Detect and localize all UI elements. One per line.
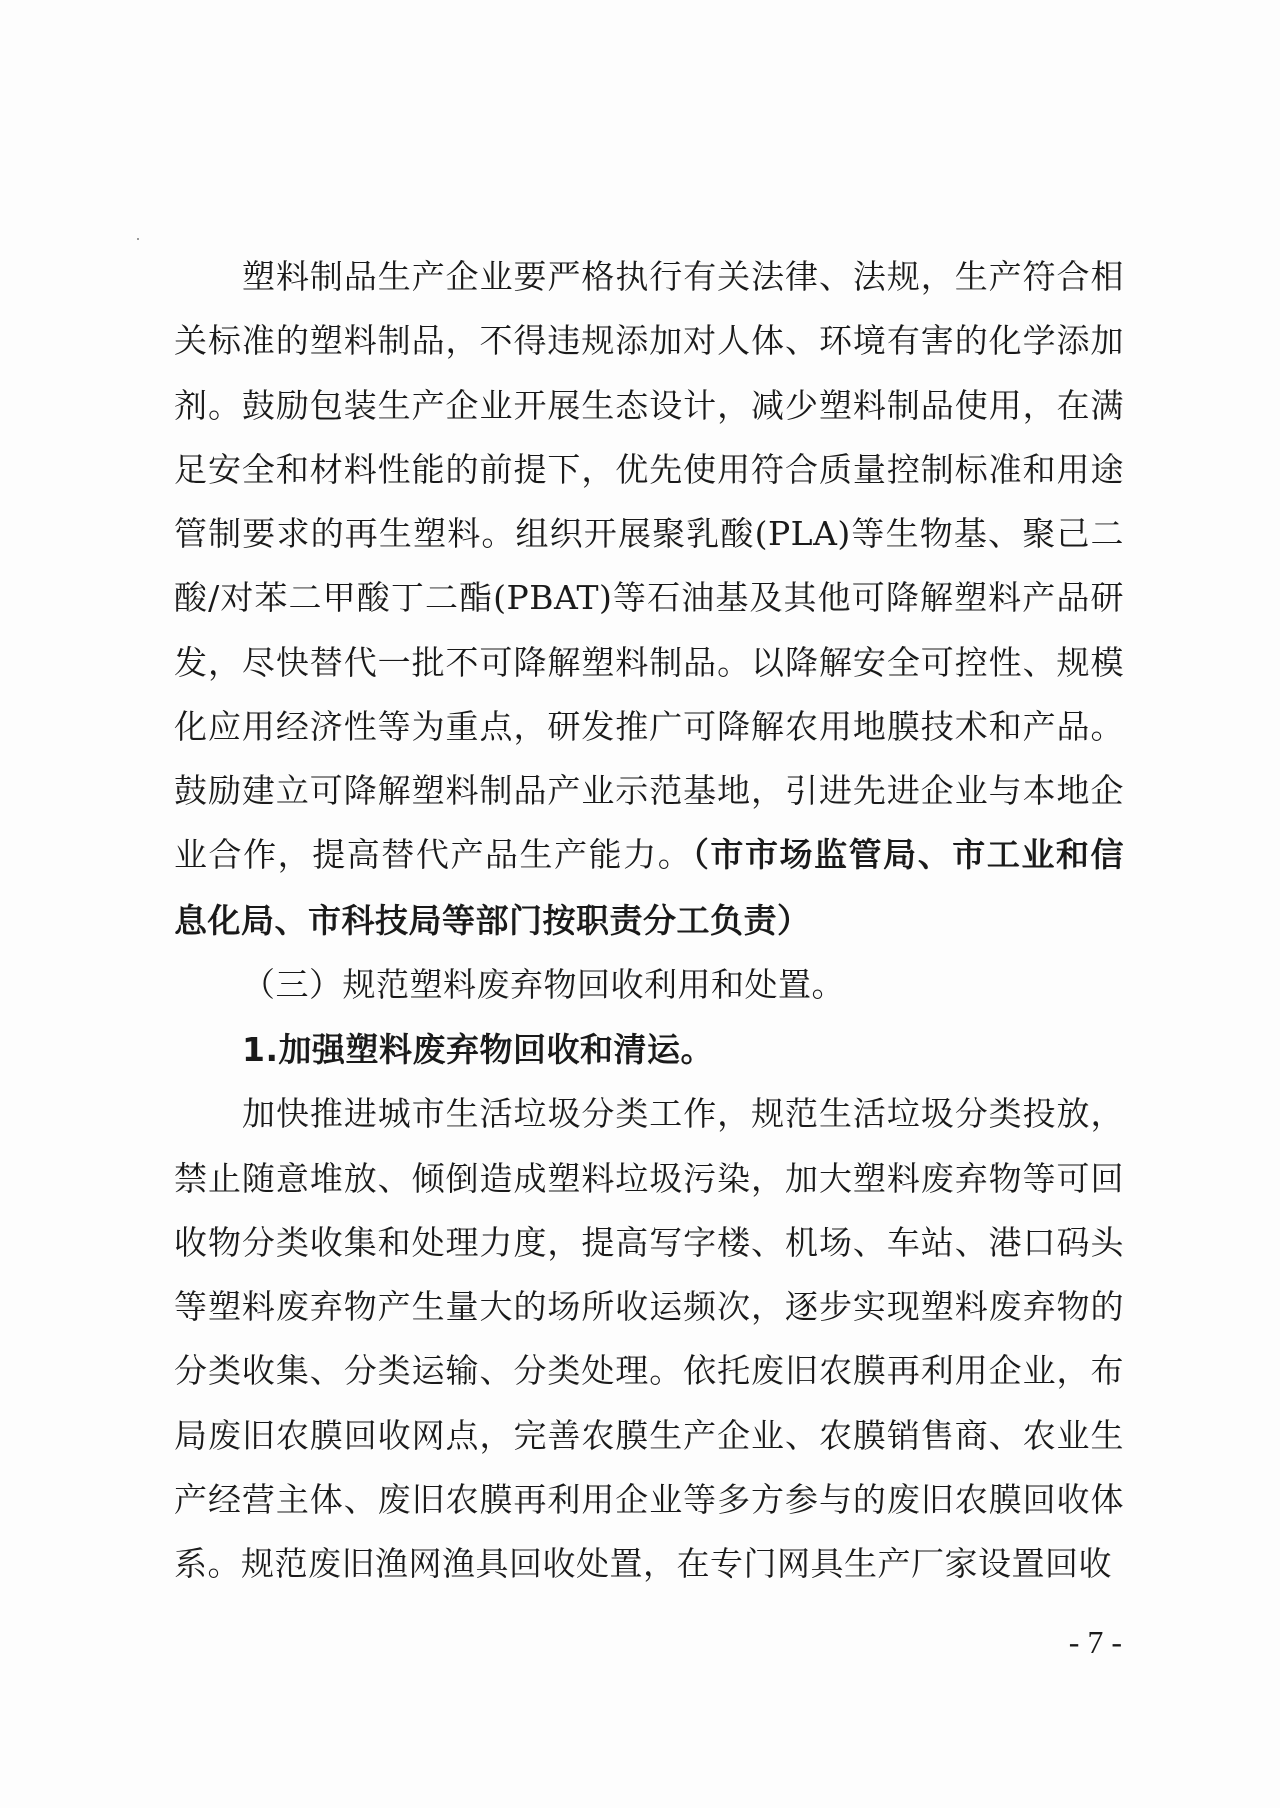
section-heading: （三）规范塑料废弃物回收利用和处置。 [174, 954, 1124, 1018]
paragraph-waste-recycling: 加快推进城市生活垃圾分类工作，规范生活垃圾分类投放，禁止随意堆放、倾倒造成塑料垃… [174, 1082, 1124, 1596]
scan-speck [137, 238, 139, 240]
document-body: 塑料制品生产企业要严格执行有关法律、法规，生产符合相关标准的塑料制品，不得违规添… [174, 245, 1124, 1596]
paragraph-text: 塑料制品生产企业要严格执行有关法律、法规，生产符合相关标准的塑料制品，不得违规添… [174, 257, 1124, 874]
document-page: 塑料制品生产企业要严格执行有关法律、法规，生产符合相关标准的塑料制品，不得违规添… [0, 0, 1280, 1808]
paragraph-text: 加快推进城市生活垃圾分类工作，规范生活垃圾分类投放，禁止随意堆放、倾倒造成塑料垃… [174, 1094, 1124, 1583]
paragraph-plastic-production: 塑料制品生产企业要严格执行有关法律、法规，生产符合相关标准的塑料制品，不得违规添… [174, 245, 1124, 954]
page-number: - 7 - [1040, 1622, 1122, 1662]
sub-heading: 1.加强塑料废弃物回收和清运。 [174, 1018, 1124, 1082]
